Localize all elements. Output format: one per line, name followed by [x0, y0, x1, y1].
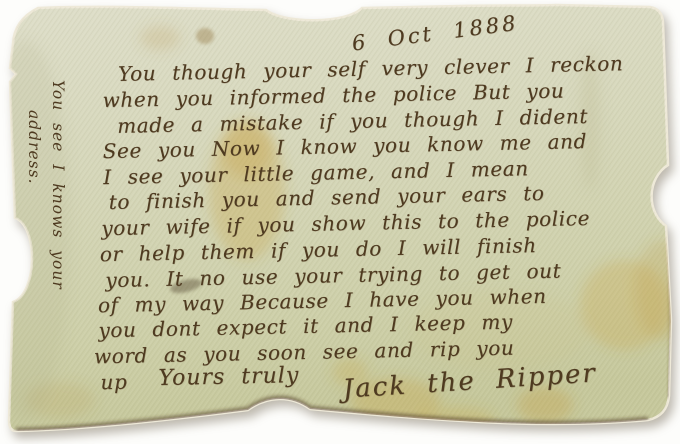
closing-up-word: up [100, 370, 127, 396]
handwritten-text: 6 Oct 1888 You though your self very cle… [0, 0, 680, 444]
valediction: Yours truly [158, 363, 299, 391]
margin-note-line1: You see I knows your [46, 80, 70, 370]
margin-note-line2: address. [22, 110, 46, 370]
letter-photograph: { "letter": { "date": "6 Oct 1888", "bod… [0, 0, 680, 444]
letter-date: 6 Oct 1888 [350, 11, 519, 56]
margin-note-rotated: You see I knows your address. [22, 80, 70, 370]
signature-jack-the-ripper: Jack the Ripper [342, 358, 598, 404]
